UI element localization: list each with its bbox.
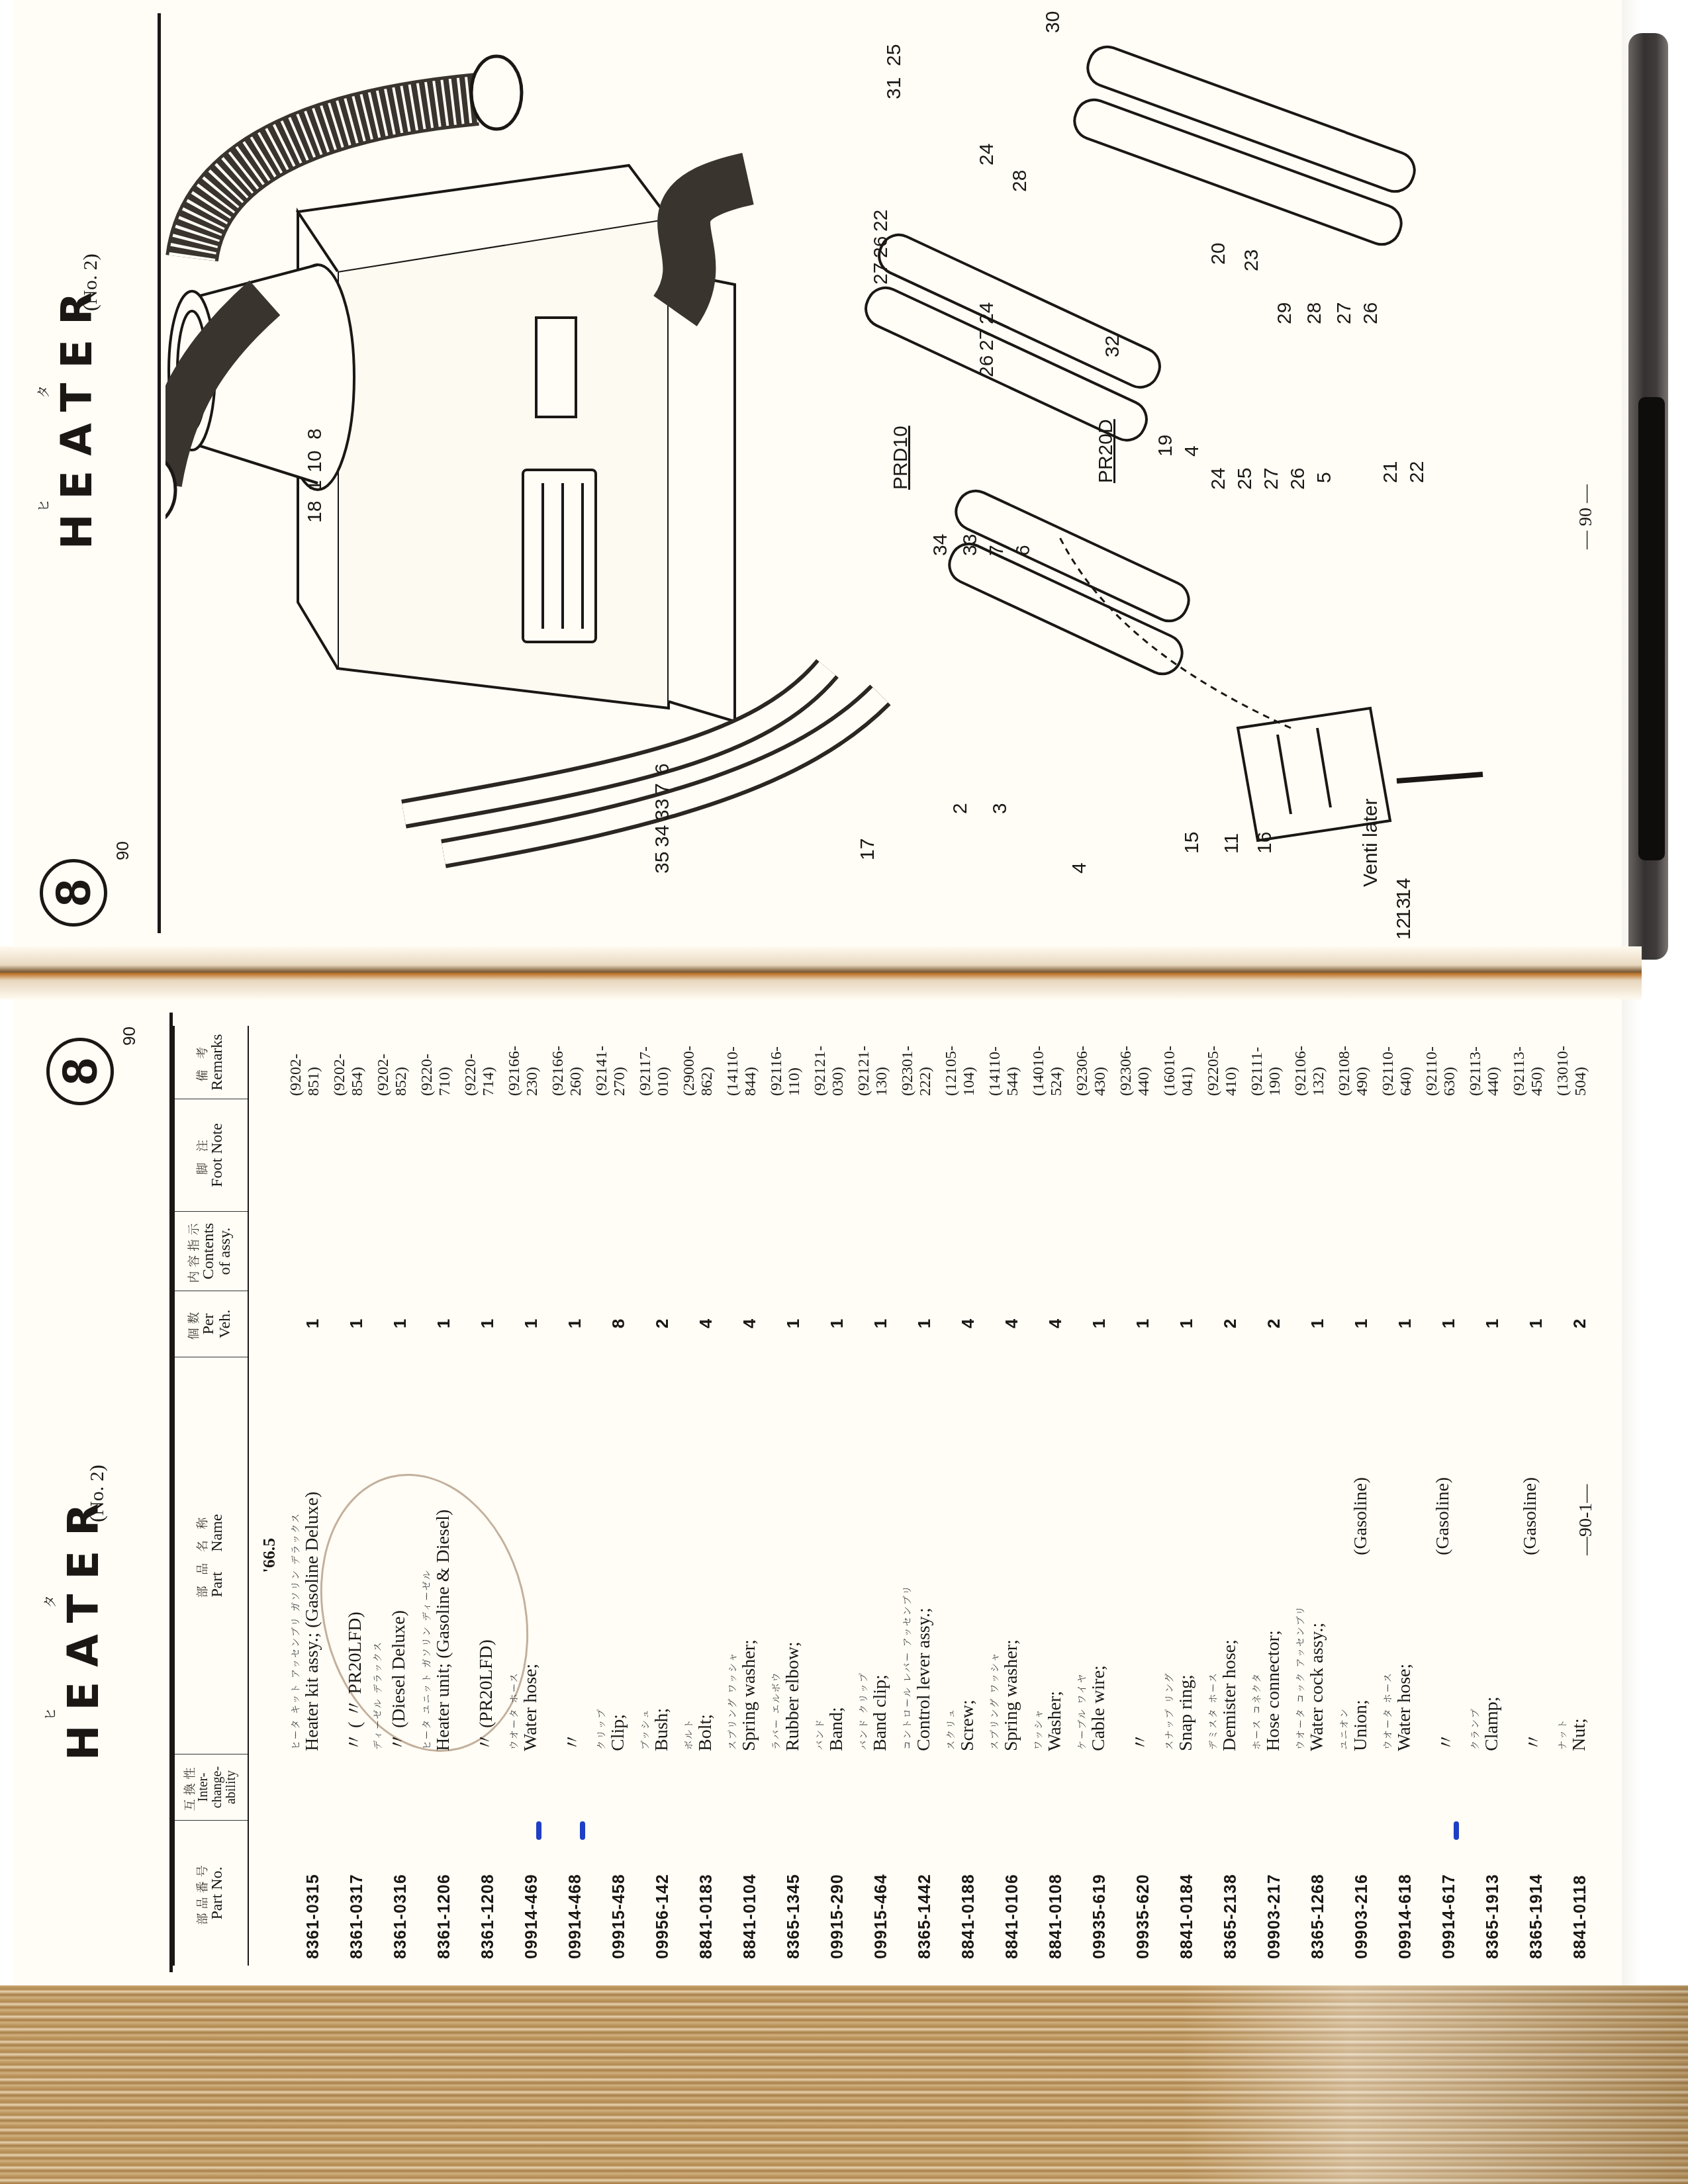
part-number: 8361-1206	[435, 1820, 454, 1966]
col-remarks-jp: 備 考	[197, 1043, 209, 1082]
part-name: ヒータ キット アッセンブリ ガソリン デラックスHeater kit assy…	[302, 1357, 323, 1754]
callout-23: 23	[1241, 250, 1262, 271]
part-number: 8841-0106	[1003, 1820, 1022, 1966]
part-name-kana: コントロール レバー アッセンブリ	[900, 1584, 914, 1750]
date-mark: '66.5	[249, 1357, 279, 1754]
table-row: 09903-216ユニオンUnion;(Gasoline)1(92108-490…	[1328, 1026, 1372, 1966]
qty-per-vehicle: 1	[477, 1291, 498, 1357]
table-row: 09935-620〃1(92306-440)	[1109, 1026, 1153, 1966]
callout-22b: 22	[1406, 461, 1428, 483]
part-name: 〃	[1127, 1357, 1153, 1754]
table-row: 09914-617〃(Gasoline)1(92110-630)	[1415, 1026, 1459, 1966]
callout-26c: 26	[1360, 302, 1382, 324]
table-row: 09915-464バンド クリップBand clip;1(92121-130)	[847, 1026, 891, 1966]
part-name-text: 〃 (Diesel Deluxe)	[389, 1610, 409, 1751]
page-title-suffix: (No. 2)	[79, 253, 102, 311]
part-name: スプリング ワッシャSpring washer;	[739, 1357, 760, 1754]
part-name-text: Washer;	[1045, 1691, 1065, 1751]
callout-6b: 6	[651, 763, 673, 774]
part-name: デミスタ ホースDemister hose;	[1219, 1357, 1241, 1754]
part-name-kana: デミスタ ホース	[1206, 1672, 1219, 1750]
qty-per-vehicle: 2	[1220, 1291, 1241, 1357]
qty-per-vehicle: 4	[958, 1291, 978, 1357]
qty-per-vehicle: 1	[1089, 1291, 1109, 1357]
part-number: 09915-290	[828, 1820, 847, 1966]
part-name-kana: ウオータ ホース	[507, 1672, 520, 1750]
part-name: バンド クリップBand clip;	[870, 1357, 891, 1754]
callout-9: 9	[165, 217, 169, 228]
callout-27c: 27	[1333, 302, 1355, 324]
part-name-text: Demister hose;	[1219, 1639, 1240, 1751]
part-name-text: Union;	[1350, 1700, 1371, 1751]
qty-per-vehicle: 8	[608, 1291, 629, 1357]
qty-per-vehicle: 1	[1526, 1291, 1546, 1357]
callout-10: 10	[304, 451, 326, 473]
part-name-text: 〃	[1524, 1733, 1545, 1751]
remarks: (9220-714)	[462, 1026, 498, 1099]
callout-27: 27	[870, 263, 892, 285]
table-row: 8841-0104スプリング ワッシャSpring washer;4(14110…	[716, 1026, 760, 1966]
part-number: 09935-619	[1090, 1820, 1109, 1966]
table-row: 09935-619ケーブル ワイヤCable wire;1(92306-430)	[1066, 1026, 1109, 1966]
part-name-kana: ブッシュ	[638, 1708, 651, 1750]
part-name: ディーゼル デラックス〃 (Diesel Deluxe)	[384, 1357, 410, 1754]
col-contents-label: Contents of assy.	[201, 1223, 234, 1279]
part-name-text: Cable wire;	[1088, 1665, 1109, 1751]
part-name-kana: ディーゼル デラックス	[371, 1641, 384, 1750]
qty-per-vehicle: 1	[914, 1291, 935, 1357]
callout-3: 3	[989, 803, 1011, 814]
col-interchange-jp: 互換性	[184, 1764, 197, 1811]
remarks: (92110-630)	[1423, 1026, 1459, 1099]
part-number: 09915-464	[872, 1820, 891, 1966]
part-name: ワッシャWasher;	[1045, 1357, 1066, 1754]
table-page-header: ヒ タ HEATER (No. 2) 8 90	[13, 999, 179, 1985]
callout-19: 19	[1154, 435, 1176, 457]
section-badge: 8	[40, 859, 107, 927]
part-name-text: Bolt;	[695, 1714, 716, 1751]
qty-per-vehicle: 4	[1002, 1291, 1022, 1357]
remarks: (92116-110)	[768, 1026, 804, 1099]
part-name-kana: バンド クリップ	[857, 1672, 870, 1750]
callout-26d: 26	[1287, 468, 1309, 490]
book-spine-shadow-dark	[1638, 397, 1665, 860]
callout-18b: 18	[304, 501, 326, 523]
table-row: 8841-0183ボルトBolt;4(29000-862)	[673, 1026, 716, 1966]
part-name-kana: クリップ	[594, 1708, 608, 1750]
page-title: HEATER	[53, 278, 102, 550]
qty-per-vehicle: 1	[1133, 1291, 1153, 1357]
part-name: ラバー エルボウRubber elbow;	[782, 1357, 804, 1754]
qty-per-vehicle: 1	[303, 1291, 323, 1357]
remarks: (92306-440)	[1117, 1026, 1153, 1099]
col-part-name-jp: 部 品 名 称	[197, 1514, 209, 1598]
page-header: 8 90 ヒ タ HEATER (No. 2)	[13, 0, 179, 946]
callout-33b: 33	[651, 799, 673, 821]
col-part-no-jp: 部品番号	[197, 1862, 209, 1925]
title-ruby-ta-2: タ	[40, 1595, 59, 1608]
callout-6: 6	[1012, 545, 1034, 556]
header-rule	[158, 13, 161, 933]
callout-17: 17	[857, 839, 878, 860]
callout-14: 14	[1393, 878, 1415, 900]
callout-28: 28	[1009, 170, 1031, 192]
model-label-prd10: PRD10	[890, 426, 912, 490]
part-name-text: Spring washer;	[1001, 1639, 1021, 1751]
table-row: 8365-1268ウオータ コック アッセンブリWater cock assy.…	[1284, 1026, 1328, 1966]
qty-per-vehicle: 1	[390, 1291, 410, 1357]
table-row: 8365-2138デミスタ ホースDemister hose;2(92205-4…	[1197, 1026, 1241, 1966]
col-per-veh: 個数Per Veh.	[175, 1291, 248, 1357]
qty-per-vehicle: 1	[1351, 1291, 1372, 1357]
callout-29: 29	[1274, 302, 1295, 324]
part-number: 8365-2138	[1221, 1820, 1241, 1966]
book-gutter	[0, 946, 1642, 999]
part-name-text: 〃 ( 〃 PR20LFD)	[345, 1612, 365, 1751]
part-name: ウオータ ホースWater hose;	[1394, 1357, 1415, 1754]
table-row: 09914-618ウオータ ホースWater hose;1(92110-640)	[1372, 1026, 1415, 1966]
col-part-name: 部 品 名 称Part Name	[175, 1357, 248, 1754]
part-number: 8365-1913	[1483, 1820, 1503, 1966]
diagram-page-footer: — 90 —	[1575, 484, 1597, 549]
remarks: (92121-130)	[855, 1026, 891, 1099]
col-foot-note-jp: 脚 注	[197, 1136, 209, 1175]
part-name: ボルトBolt;	[695, 1357, 716, 1754]
part-name: ナットNut;	[1569, 1357, 1590, 1754]
qty-per-vehicle: 1	[1395, 1291, 1415, 1357]
remarks: (92205-410)	[1205, 1026, 1241, 1099]
table-row: 09915-290バンドBand;1(92121-030)	[804, 1026, 847, 1966]
diagram-page: 8 90 ヒ タ HEATER (No. 2)	[13, 0, 1622, 946]
parts-table: 部品番号Part No. 互換性Inter- change- ability 部…	[172, 1026, 1590, 1966]
qty-per-vehicle: 2	[1264, 1291, 1284, 1357]
parts-rows: 8361-0315ヒータ キット アッセンブリ ガソリン デラックスHeater…	[279, 1026, 1590, 1966]
title-ruby-hi-2: ヒ	[40, 1707, 59, 1721]
callout-27b: 27	[976, 329, 998, 351]
title-ruby-hi: ヒ	[33, 499, 52, 512]
part-name: クリップClip;	[608, 1357, 629, 1754]
parts-table-page-content: ヒ タ HEATER (No. 2) 8 90 部品番号Part No. 互換性…	[13, 999, 1622, 1985]
book-page-edges-shade	[0, 1985, 1688, 2184]
qty-per-vehicle: 1	[870, 1291, 891, 1357]
part-name: ホース コネクタHose connector;	[1263, 1357, 1284, 1754]
part-number: 8365-1442	[915, 1820, 935, 1966]
part-name-text: 〃	[563, 1733, 584, 1751]
remarks: (92113-440)	[1467, 1026, 1503, 1099]
callout-11: 11	[1221, 833, 1243, 854]
remarks: (9202-852)	[375, 1026, 410, 1099]
table-row: 09956-142ブッシュBush;2(92117-010)	[629, 1026, 673, 1966]
part-name-kana: ウオータ コック アッセンブリ	[1293, 1605, 1307, 1750]
remarks: (9202-851)	[287, 1026, 323, 1099]
part-number: 8841-0104	[741, 1820, 760, 1966]
part-name-text: 〃	[1437, 1733, 1458, 1751]
part-name-text: Heater kit assy.; (Gasoline Deluxe)	[302, 1492, 322, 1751]
remarks: (9220-710)	[418, 1026, 454, 1099]
remarks: (12105-104)	[943, 1026, 978, 1099]
callout-4: 4	[1181, 445, 1203, 457]
part-name: 〃(Gasoline)	[1520, 1357, 1546, 1754]
part-number: 8361-0317	[348, 1820, 367, 1966]
col-foot-note: 脚 注Foot Note	[175, 1099, 248, 1211]
part-name-text: Clip;	[608, 1714, 628, 1751]
part-number: 8365-1914	[1527, 1820, 1546, 1966]
part-number: 09914-468	[566, 1820, 585, 1966]
callout-31: 31	[883, 77, 905, 99]
qty-per-vehicle: 1	[1176, 1291, 1197, 1357]
diagram-page-content: 8 90 ヒ タ HEATER (No. 2)	[13, 0, 1622, 946]
remarks: (92108-490)	[1336, 1026, 1372, 1099]
callout-34: 34	[929, 534, 951, 556]
table-page-title: HEATER	[60, 1489, 109, 1761]
part-name-kana: ボルト	[682, 1718, 695, 1750]
qty-per-vehicle: 1	[1482, 1291, 1503, 1357]
callout-24c: 24	[1207, 468, 1229, 490]
blue-ink-check-mark	[580, 1821, 585, 1840]
qty-per-vehicle: 1	[346, 1291, 367, 1357]
part-name-kana: ナット	[1556, 1718, 1569, 1750]
part-name-text: 〃	[1131, 1733, 1152, 1751]
callout-7b: 7	[651, 783, 673, 794]
col-part-name-label: Part Name	[209, 1514, 226, 1598]
part-name-text: 〃 (PR20LFD)	[476, 1639, 496, 1751]
part-name: クランプClamp;	[1481, 1357, 1503, 1754]
col-interchange-label: Inter- change- ability	[197, 1766, 238, 1808]
part-name: ユニオンUnion;(Gasoline)	[1350, 1357, 1372, 1754]
remarks: (14110-544)	[986, 1026, 1022, 1099]
part-name-text: Heater unit; (Gasoline & Diesel)	[433, 1510, 453, 1751]
callout-15: 15	[1181, 832, 1203, 854]
part-number: 8361-0316	[391, 1820, 410, 1966]
qty-per-vehicle: 1	[565, 1291, 585, 1357]
part-name-kana: クランプ	[1468, 1707, 1481, 1750]
part-name: コントロール レバー アッセンブリControl lever assy.;	[914, 1357, 935, 1754]
part-name: 〃	[559, 1357, 585, 1754]
table-row: 09914-468〃1(92166-260)	[541, 1026, 585, 1966]
callout-21: 21	[1380, 461, 1401, 483]
remarks: (16010-041)	[1161, 1026, 1197, 1099]
section-page-number-2: 90	[119, 1026, 140, 1046]
part-name-kana: ラバー エルボウ	[769, 1672, 782, 1750]
table-row: 8365-1442コントロール レバー アッセンブリControl lever …	[891, 1026, 935, 1966]
col-remarks-label: Remarks	[209, 1034, 226, 1090]
callout-25b: 25	[1234, 468, 1256, 490]
part-name-text: Bush;	[651, 1708, 672, 1751]
table-row: 09915-458クリップClip;8(92141-270)	[585, 1026, 629, 1966]
qty-per-vehicle: 1	[1307, 1291, 1328, 1357]
part-name-text: Control lever assy.;	[914, 1608, 934, 1751]
callout-32: 32	[1102, 336, 1123, 357]
date-row: '66.5	[249, 1026, 279, 1966]
part-name-text: Hose connector;	[1263, 1630, 1284, 1751]
pipe-assemblies	[860, 42, 1420, 680]
table-row: 8361-0315ヒータ キット アッセンブリ ガソリン デラックスHeater…	[279, 1026, 323, 1966]
part-name-kana: スプリング ワッシャ	[988, 1651, 1001, 1750]
callout-24: 24	[976, 144, 998, 165]
part-name-kana: スクリュ	[944, 1707, 957, 1750]
blue-ink-check-mark	[536, 1821, 541, 1840]
table-row: 8361-0317〃 ( 〃 PR20LFD)1(9202-854)	[323, 1026, 367, 1966]
remarks: (92121-030)	[812, 1026, 847, 1099]
callout-28b: 28	[1303, 302, 1325, 324]
heater-exploded-diagram: 9 18 18 1 10 8 PRD10 PR20D 27 26 22 31 2…	[165, 0, 1556, 946]
table-row: 8841-0108ワッシャWasher;4(14010-524)	[1022, 1026, 1066, 1966]
col-per-veh-label: Per Veh.	[201, 1310, 234, 1338]
table-row: 8841-0106スプリング ワッシャSpring washer;4(14110…	[978, 1026, 1022, 1966]
section-badge-2: 8	[46, 1038, 114, 1105]
callout-20: 20	[1207, 243, 1229, 265]
part-name: ウオータ ホースWater hose;	[520, 1357, 541, 1754]
table-row: 8365-1913クランプClamp;1(92113-440)	[1459, 1026, 1503, 1966]
part-number: 09914-469	[522, 1820, 541, 1966]
callout-35: 35	[651, 852, 673, 874]
part-name-kana: ユニオン	[1337, 1707, 1350, 1750]
callout-12: 12	[1393, 918, 1415, 940]
parts-table-page: ヒ タ HEATER (No. 2) 8 90 部品番号Part No. 互換性…	[13, 999, 1622, 1985]
callout-34b: 34	[651, 825, 673, 847]
part-number: 8841-0108	[1047, 1820, 1066, 1966]
part-name-text: Spring washer;	[739, 1639, 759, 1751]
callout-7: 7	[986, 545, 1008, 556]
section-number: 8	[49, 879, 98, 906]
part-name-kana: ホース コネクタ	[1250, 1672, 1263, 1750]
part-name: ブッシュBush;	[651, 1357, 673, 1754]
qty-per-vehicle: 2	[652, 1291, 673, 1357]
part-number: 8841-0183	[697, 1820, 716, 1966]
part-name: バンドBand;	[826, 1357, 847, 1754]
qty-per-vehicle: 2	[1570, 1291, 1590, 1357]
part-name: ウオータ コック アッセンブリWater cock assy.;	[1307, 1357, 1328, 1754]
qty-per-vehicle: 1	[521, 1291, 541, 1357]
callout-26: 26	[870, 236, 892, 258]
part-number: 8841-0188	[959, 1820, 978, 1966]
part-number: 09914-617	[1440, 1820, 1459, 1966]
part-name-text: Screw;	[957, 1700, 978, 1751]
col-per-veh-jp: 個数	[188, 1308, 201, 1340]
qty-per-vehicle: 4	[696, 1291, 716, 1357]
remarks: (9202-854)	[331, 1026, 367, 1099]
part-name-kana: ヒータ ユニット ガソリン ディーゼル	[420, 1569, 433, 1750]
col-remarks: 備 考Remarks	[175, 1026, 248, 1099]
part-name: 〃 ( 〃 PR20LFD)	[340, 1357, 367, 1754]
table-page-footer: —90-1—	[1575, 1484, 1597, 1555]
part-name-text: Water hose;	[520, 1664, 541, 1751]
blue-ink-check-mark	[1454, 1821, 1459, 1840]
part-number: 8841-0184	[1178, 1820, 1197, 1966]
part-number: 09915-458	[610, 1820, 629, 1966]
part-name: 〃 (PR20LFD)	[471, 1357, 498, 1754]
callout-24b: 24	[976, 302, 998, 324]
remarks: (92306-430)	[1074, 1026, 1109, 1099]
col-interchangeability: 互換性Inter- change- ability	[175, 1754, 248, 1820]
remarks: (14010-524)	[1030, 1026, 1066, 1099]
part-name-kana: ウオータ ホース	[1381, 1672, 1394, 1750]
callout-25: 25	[883, 44, 905, 66]
table-row: 8365-1914〃(Gasoline)1(92113-450)	[1503, 1026, 1546, 1966]
remarks: (92106-132)	[1292, 1026, 1328, 1099]
callout-27d: 27	[1260, 468, 1282, 490]
part-number: 8365-1268	[1309, 1820, 1328, 1966]
part-name: ケーブル ワイヤCable wire;	[1088, 1357, 1109, 1754]
remarks: (92141-270)	[593, 1026, 629, 1099]
col-foot-note-label: Foot Note	[209, 1123, 226, 1187]
diagram-svg: 9 18 18 1 10 8 PRD10 PR20D 27 26 22 31 2…	[165, 0, 1556, 946]
part-name: スナップ リングSnap ring;	[1176, 1357, 1197, 1754]
part-variant: (Gasoline)	[1432, 1477, 1454, 1555]
part-name-text: Band;	[826, 1707, 847, 1751]
part-name-kana: スナップ リング	[1162, 1672, 1176, 1750]
remarks: (92166-260)	[549, 1026, 585, 1099]
remarks: (29000-862)	[680, 1026, 716, 1099]
model-label-pr20d: PR20D	[1095, 419, 1117, 483]
table-page-title-suffix: (No. 2)	[86, 1465, 109, 1522]
part-name-kana: スプリング ワッシャ	[726, 1651, 739, 1750]
part-number: 8841-0118	[1571, 1820, 1590, 1966]
remarks: (92117-010)	[637, 1026, 673, 1099]
section-page-number: 90	[113, 841, 133, 860]
callout-22: 22	[870, 210, 892, 232]
part-variant: (Gasoline)	[1520, 1477, 1541, 1555]
part-number: 09956-142	[653, 1820, 673, 1966]
part-name-text: Nut;	[1569, 1718, 1589, 1751]
callout-8: 8	[304, 428, 326, 439]
table-row: 8365-1345ラバー エルボウRubber elbow;1(92116-11…	[760, 1026, 804, 1966]
part-name-text: Band clip;	[870, 1674, 890, 1751]
part-name: ヒータ ユニット ガソリン ディーゼルHeater unit; (Gasolin…	[433, 1357, 454, 1754]
remarks: (92113-450)	[1511, 1026, 1546, 1099]
col-part-no: 部品番号Part No.	[175, 1820, 248, 1966]
part-number: 09903-217	[1265, 1820, 1284, 1966]
col-contents: 内容指示Contents of assy.	[175, 1211, 248, 1291]
parts-table-header: 部品番号Part No. 互換性Inter- change- ability 部…	[172, 1026, 249, 1966]
part-number: 09903-216	[1352, 1820, 1372, 1966]
part-name-kana: ヒータ キット アッセンブリ ガソリン デラックス	[289, 1512, 302, 1750]
table-row: 09903-217ホース コネクタHose connector;2(92111-…	[1241, 1026, 1284, 1966]
table-row: 8841-0188スクリュScrew;4(12105-104)	[935, 1026, 978, 1966]
part-name-text: Clamp;	[1481, 1697, 1502, 1751]
part-name-kana: ワッシャ	[1031, 1708, 1045, 1750]
part-number: 8361-0315	[304, 1820, 323, 1966]
table-row: 09914-469ウオータ ホースWater hose;1(92166-230)	[498, 1026, 541, 1966]
part-number: 8365-1345	[784, 1820, 804, 1966]
remarks: (13010-504)	[1554, 1026, 1590, 1099]
remarks: (92111-190)	[1248, 1026, 1284, 1099]
qty-per-vehicle: 4	[1045, 1291, 1066, 1357]
qty-per-vehicle: 1	[827, 1291, 847, 1357]
part-number: 8361-1208	[479, 1820, 498, 1966]
callout-18: 18	[165, 177, 169, 199]
qty-per-vehicle: 4	[739, 1291, 760, 1357]
callout-4b: 4	[1068, 862, 1090, 874]
part-name-text: Water cock assy.;	[1307, 1623, 1327, 1751]
part-name: スクリュScrew;	[957, 1357, 978, 1754]
title-ruby-ta: タ	[33, 385, 52, 398]
remarks: (92166-230)	[506, 1026, 541, 1099]
callout-1: 1	[304, 480, 326, 491]
part-name-text: Snap ring;	[1176, 1674, 1196, 1751]
qty-per-vehicle: 1	[1438, 1291, 1459, 1357]
part-number: 09935-620	[1134, 1820, 1153, 1966]
part-name-kana: ケーブル ワイヤ	[1075, 1672, 1088, 1750]
callout-26b: 26	[976, 355, 998, 377]
callout-5: 5	[1313, 472, 1335, 483]
part-name-text: Rubber elbow;	[782, 1641, 803, 1751]
remarks: (14110-844)	[724, 1026, 760, 1099]
label-venti-later: Venti later	[1360, 799, 1382, 887]
parts-table-body: '66.5 8361-0315ヒータ キット アッセンブリ ガソリン デラックス…	[249, 1026, 1590, 1966]
heater-unit-drawing	[169, 165, 735, 721]
col-part-no-label: Part No.	[209, 1867, 226, 1920]
